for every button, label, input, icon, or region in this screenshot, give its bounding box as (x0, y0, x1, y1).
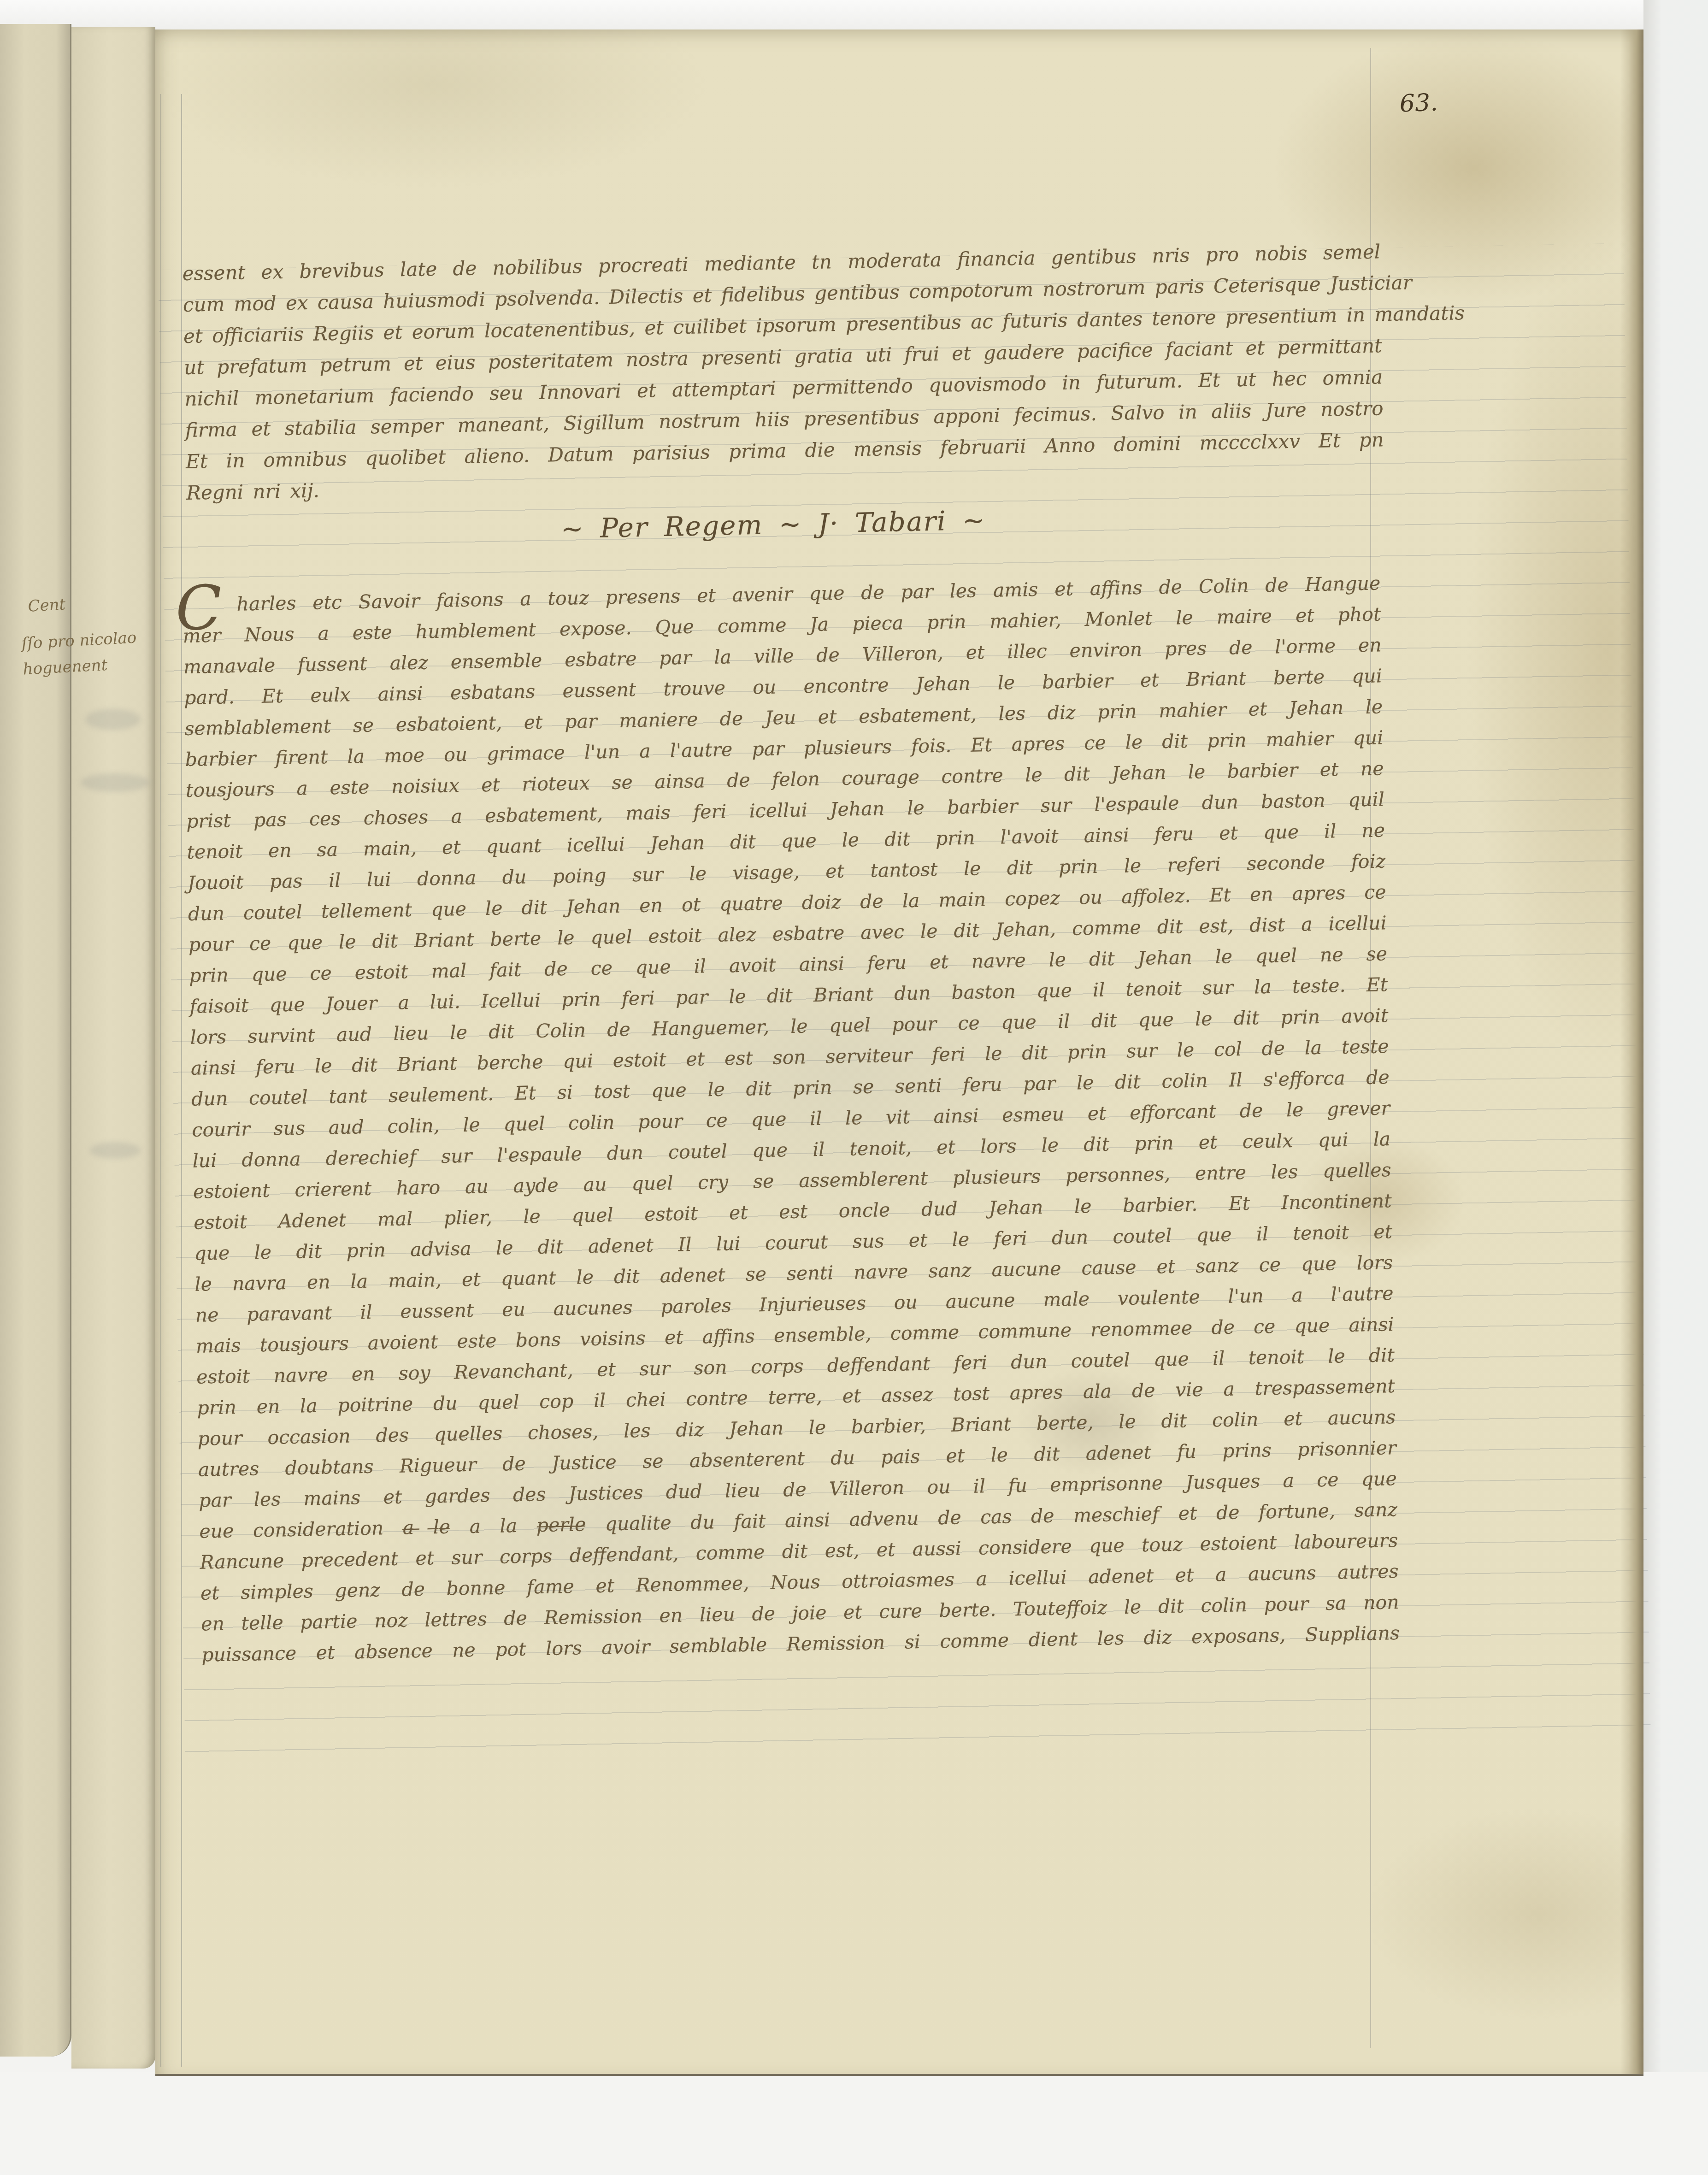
latin-paragraph: essent ex brevibus late de nobilibus pro… (182, 236, 1385, 509)
background-top-band (0, 0, 1708, 29)
margin-note: Centſſo pro nicolaohoguenent (19, 588, 138, 683)
french-paragraph: harles etc Savoir faisons a touz presens… (182, 568, 1400, 1670)
margin-rule-left-outer (160, 94, 161, 2067)
folio-edge-strip-inner (71, 27, 155, 2069)
background-right-band (1643, 0, 1708, 2175)
margin-note-line: Cent (27, 588, 135, 619)
folio-edge-strip-outer (0, 24, 71, 2057)
ink-bleed-mark (81, 773, 150, 792)
manuscript-page: 63. essent ex brevibus late de nobilibus… (155, 29, 1643, 2076)
ink-bleed-mark (85, 709, 141, 730)
manuscript-scan: { "colors": { "parchment": "#e7e0c2", "i… (0, 0, 1708, 2175)
folio-number: 63. (1399, 89, 1438, 118)
page-stained-edge (1620, 29, 1643, 2074)
ink-bleed-mark (90, 1142, 141, 1159)
background-bottom-band (0, 2072, 1708, 2175)
margin-rule-left-inner (181, 94, 182, 2067)
